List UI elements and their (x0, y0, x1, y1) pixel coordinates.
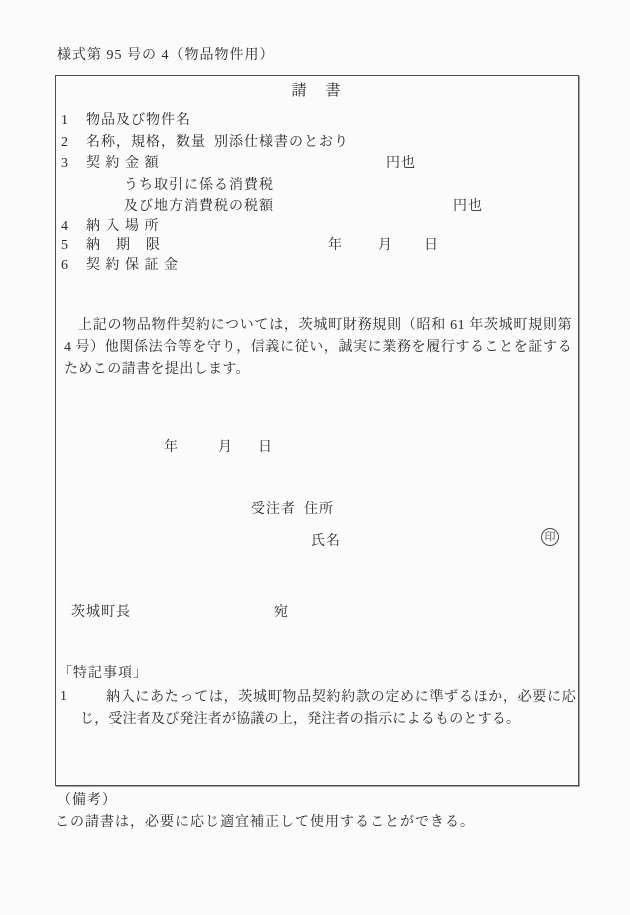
notes-item-number: 1 (60, 687, 68, 707)
form-number: 様式第 95 号の 4（物品物件用） (57, 44, 275, 64)
item3-subline2: 及び地方消費税の税額 (124, 197, 274, 217)
item6-number: 6 (61, 256, 69, 276)
addressee-name: 茨城町長 (71, 603, 131, 623)
item3-label: 契 約 金 額 (86, 154, 160, 174)
item2-value: 別添仕様書のとおり (214, 133, 349, 153)
item1-number: 1 (61, 111, 69, 131)
item2-number: 2 (61, 133, 69, 153)
remarks-label: （備考） (57, 789, 117, 809)
signer-role-label: 受注者 (251, 500, 296, 520)
item3-unit: 円也 (386, 154, 416, 174)
item5-day-label: 日 (424, 236, 439, 256)
date-day-label: 日 (258, 438, 273, 458)
item4-label: 納 入 場 所 (86, 217, 160, 237)
signer-address-label: 住所 (304, 500, 334, 520)
document-title: 請 書 (56, 79, 578, 100)
pledge-paragraph: 上記の物品物件契約については，茨城町財務規則（昭和 61 年茨城町規則第 4 号… (64, 315, 572, 381)
signer-name-label: 氏名 (311, 532, 341, 552)
item4-number: 4 (61, 217, 69, 237)
item3-sub2-unit: 円也 (453, 197, 483, 217)
seal-mark-icon: 印 (541, 528, 559, 546)
document-border-box: 請 書 1 物品及び物件名 2 名称，規格，数量 別添仕様書のとおり 3 契 約… (55, 75, 579, 786)
addressee-suffix: 宛 (274, 603, 289, 623)
item3-number: 3 (61, 154, 69, 174)
item2-label: 名称，規格，数量 (86, 133, 206, 153)
item5-month-label: 月 (378, 236, 393, 256)
item1-label: 物品及び物件名 (86, 111, 191, 131)
remarks-text: この請書は，必要に応じ適宜補正して使用することができる。 (55, 811, 475, 831)
notes-title: 「特記事項」 (58, 664, 148, 684)
item3-subline1: うち取引に係る消費税 (124, 176, 274, 196)
date-year-label: 年 (164, 438, 179, 458)
item6-label: 契 約 保 証 金 (86, 256, 179, 276)
notes-item-text: 納入にあたっては，茨城町物品契約約款の定めに準ずるほか，必要に応じ，受注者及び発… (80, 687, 576, 731)
item5-number: 5 (61, 236, 69, 256)
item5-label: 納 期 限 (86, 236, 161, 256)
item5-year-label: 年 (328, 236, 343, 256)
date-month-label: 月 (218, 438, 233, 458)
document-page: 様式第 95 号の 4（物品物件用） 請 書 1 物品及び物件名 2 名称，規格… (0, 0, 630, 915)
